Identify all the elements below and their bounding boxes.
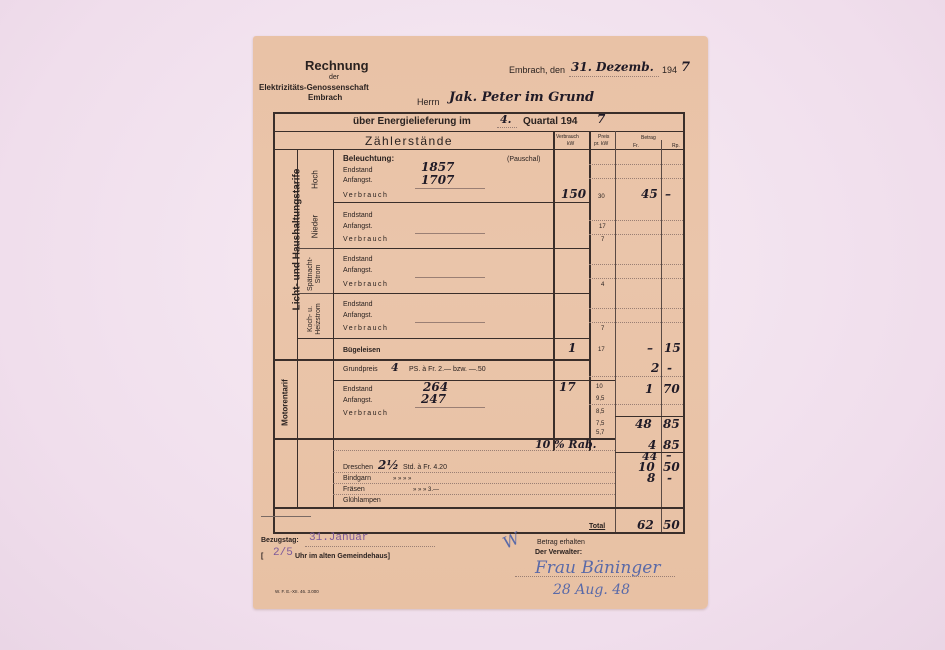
grundpreis-ps: 4 — [391, 361, 399, 374]
koch-endstand-label: Endstand — [343, 301, 373, 308]
hoch-anfangst-value: 1707 — [421, 173, 454, 187]
betrag-erhalten: Betrag erhalten — [537, 539, 585, 546]
bindgarn-text: » » » » — [393, 476, 411, 482]
quartal-label: Quartal 194 — [523, 116, 577, 127]
gluehlampen-label: Glühlampen — [343, 497, 381, 504]
grundpreis-rp: - — [667, 361, 672, 375]
col-betrag: Betrag — [641, 135, 656, 141]
org-location: Embrach — [308, 93, 342, 102]
bindgarn-rp: - — [667, 471, 672, 485]
pickup-time: 2/5 — [273, 547, 293, 559]
nieder-anfangst-label: Anfangst. — [343, 223, 373, 230]
hoch-endstand-label: Endstand — [343, 167, 373, 174]
motorentarif-label: Motorentarif — [281, 373, 290, 433]
grundpreis-text: PS. à Fr. 2.— bzw. —.50 — [409, 366, 486, 373]
nieder-endstand-label: Endstand — [343, 212, 373, 219]
spaetnacht-anfangst-label: Anfangst. — [343, 267, 373, 274]
spaetnacht-verbrauch-label: Verbrauch — [343, 281, 388, 288]
col-preis: Preis — [598, 134, 609, 140]
bracket-open: [ — [261, 553, 263, 560]
fraesen-text: » » » 3.— — [413, 487, 439, 493]
dreschen-hours: 2½ — [378, 458, 399, 472]
total-rp: 50 — [663, 518, 680, 532]
buegeleisen-betrag-rp: 15 — [664, 341, 681, 355]
fraesen-label: Fräsen — [343, 486, 365, 493]
buegeleisen-kw: 1 — [568, 341, 576, 355]
signature: Frau Bäninger — [535, 558, 660, 578]
motor-anfangst-value: 247 — [421, 392, 446, 406]
customer-name: Jak. Peter im Grund — [449, 90, 594, 105]
hoch-anfangst-label: Anfangst. — [343, 177, 373, 184]
motor-preis-step: 9,5 — [596, 396, 604, 402]
motor-preis-step: 7,5 — [596, 421, 604, 427]
buegeleisen-betrag-fr: – — [647, 341, 653, 355]
licht-tarif-label: Licht- und Haushaltungstarife — [292, 150, 303, 330]
year-suffix: 7 — [681, 60, 690, 75]
signature-date: 28 Aug. 48 — [553, 582, 630, 598]
motor-subtotal-rp: 85 — [663, 417, 680, 431]
hoch-verbrauch-kw: 150 — [561, 187, 586, 201]
col-verbrauch: Verbrauch — [556, 134, 579, 140]
total-label: Total — [589, 523, 605, 530]
motor-endstand-label: Endstand — [343, 386, 373, 393]
nieder-verbrauch-label: Verbrauch — [343, 236, 388, 243]
herrn-label: Herrn — [417, 97, 440, 107]
spaetnacht-preis: 4 — [601, 282, 604, 288]
buegeleisen-preis: 17 — [598, 347, 605, 353]
dreschen-label: Dreschen — [343, 464, 373, 471]
motor-verbrauch-label: Verbrauch — [343, 410, 388, 417]
bindgarn-fr: 8 — [647, 471, 655, 485]
nieder-label: Nieder — [311, 205, 320, 249]
quartal-year-suffix: 7 — [597, 112, 605, 126]
grundpreis-label: Grundpreis — [343, 366, 378, 373]
invoice-title: Rechnung — [305, 58, 369, 73]
motor-preis-step: 8,5 — [596, 409, 604, 415]
koch-preis: 7 — [601, 326, 604, 332]
hoch-label: Hoch — [311, 160, 320, 200]
motor-subtotal-fr: 48 — [635, 417, 652, 431]
date-handwritten: 31. Dezemb. — [571, 60, 654, 74]
grundpreis-fr: 2 — [651, 361, 659, 375]
quarter-value: 4. — [500, 113, 511, 126]
motor-betrag-rp: 70 — [663, 382, 680, 396]
motor-betrag-fr: 1 — [645, 382, 653, 396]
koch-verbrauch-label: Verbrauch — [343, 325, 388, 332]
beleuchtung-label: Beleuchtung: — [343, 154, 394, 163]
hoch-betrag-rp: – — [665, 187, 671, 201]
hoch-betrag-fr: 45 — [641, 187, 658, 201]
col-verbrauch-unit: kW — [567, 141, 574, 147]
verwalter-label: Der Verwalter: — [535, 549, 582, 556]
der-text: der — [329, 74, 339, 81]
date-line — [569, 76, 659, 77]
koch-anfangst-label: Anfangst. — [343, 312, 373, 319]
form-code: W. F. E.-XII. 46. 3.000 — [275, 589, 319, 594]
motor-preis-step: 10 — [596, 384, 603, 390]
col-preis-unit: pr. kW — [594, 141, 608, 147]
year-prefix: 194 — [662, 65, 677, 75]
table-title-prefix: über Energielieferung im — [353, 116, 471, 127]
bezugstag-value: 31.Januar — [309, 532, 368, 544]
org-name: Elektrizitäts-Genossenschaft — [259, 83, 369, 92]
motor-verbrauch-kw: 17 — [559, 380, 576, 394]
nieder-preis-2: 7 — [601, 237, 604, 243]
hoch-verbrauch-label: Verbrauch — [343, 192, 388, 199]
buegeleisen-label: Bügeleisen — [343, 347, 380, 354]
motor-anfangst-label: Anfangst. — [343, 397, 373, 404]
total-fr: 62 — [637, 518, 654, 532]
spaetnacht-endstand-label: Endstand — [343, 256, 373, 263]
bindgarn-label: Bindgarn — [343, 475, 371, 482]
nieder-preis-1: 17 — [599, 224, 606, 230]
zaehlerstaende-header: Zählerstände — [365, 134, 453, 148]
pauschal-label: (Pauschal) — [507, 156, 540, 163]
invoice-paper: Rechnung der Elektrizitäts-Genossenschaf… — [253, 36, 708, 609]
pickup-location: Uhr im alten Gemeindehaus] — [295, 553, 390, 560]
motor-preis-step: 5,7 — [596, 430, 604, 436]
hoch-preis: 30 — [598, 194, 605, 200]
hoch-endstand-value: 1857 — [421, 160, 454, 174]
place-label: Embrach, den — [509, 65, 565, 75]
bezugstag-label: Bezugstag: — [261, 537, 299, 544]
dreschen-text: Std. à Fr. 4.20 — [403, 464, 447, 471]
